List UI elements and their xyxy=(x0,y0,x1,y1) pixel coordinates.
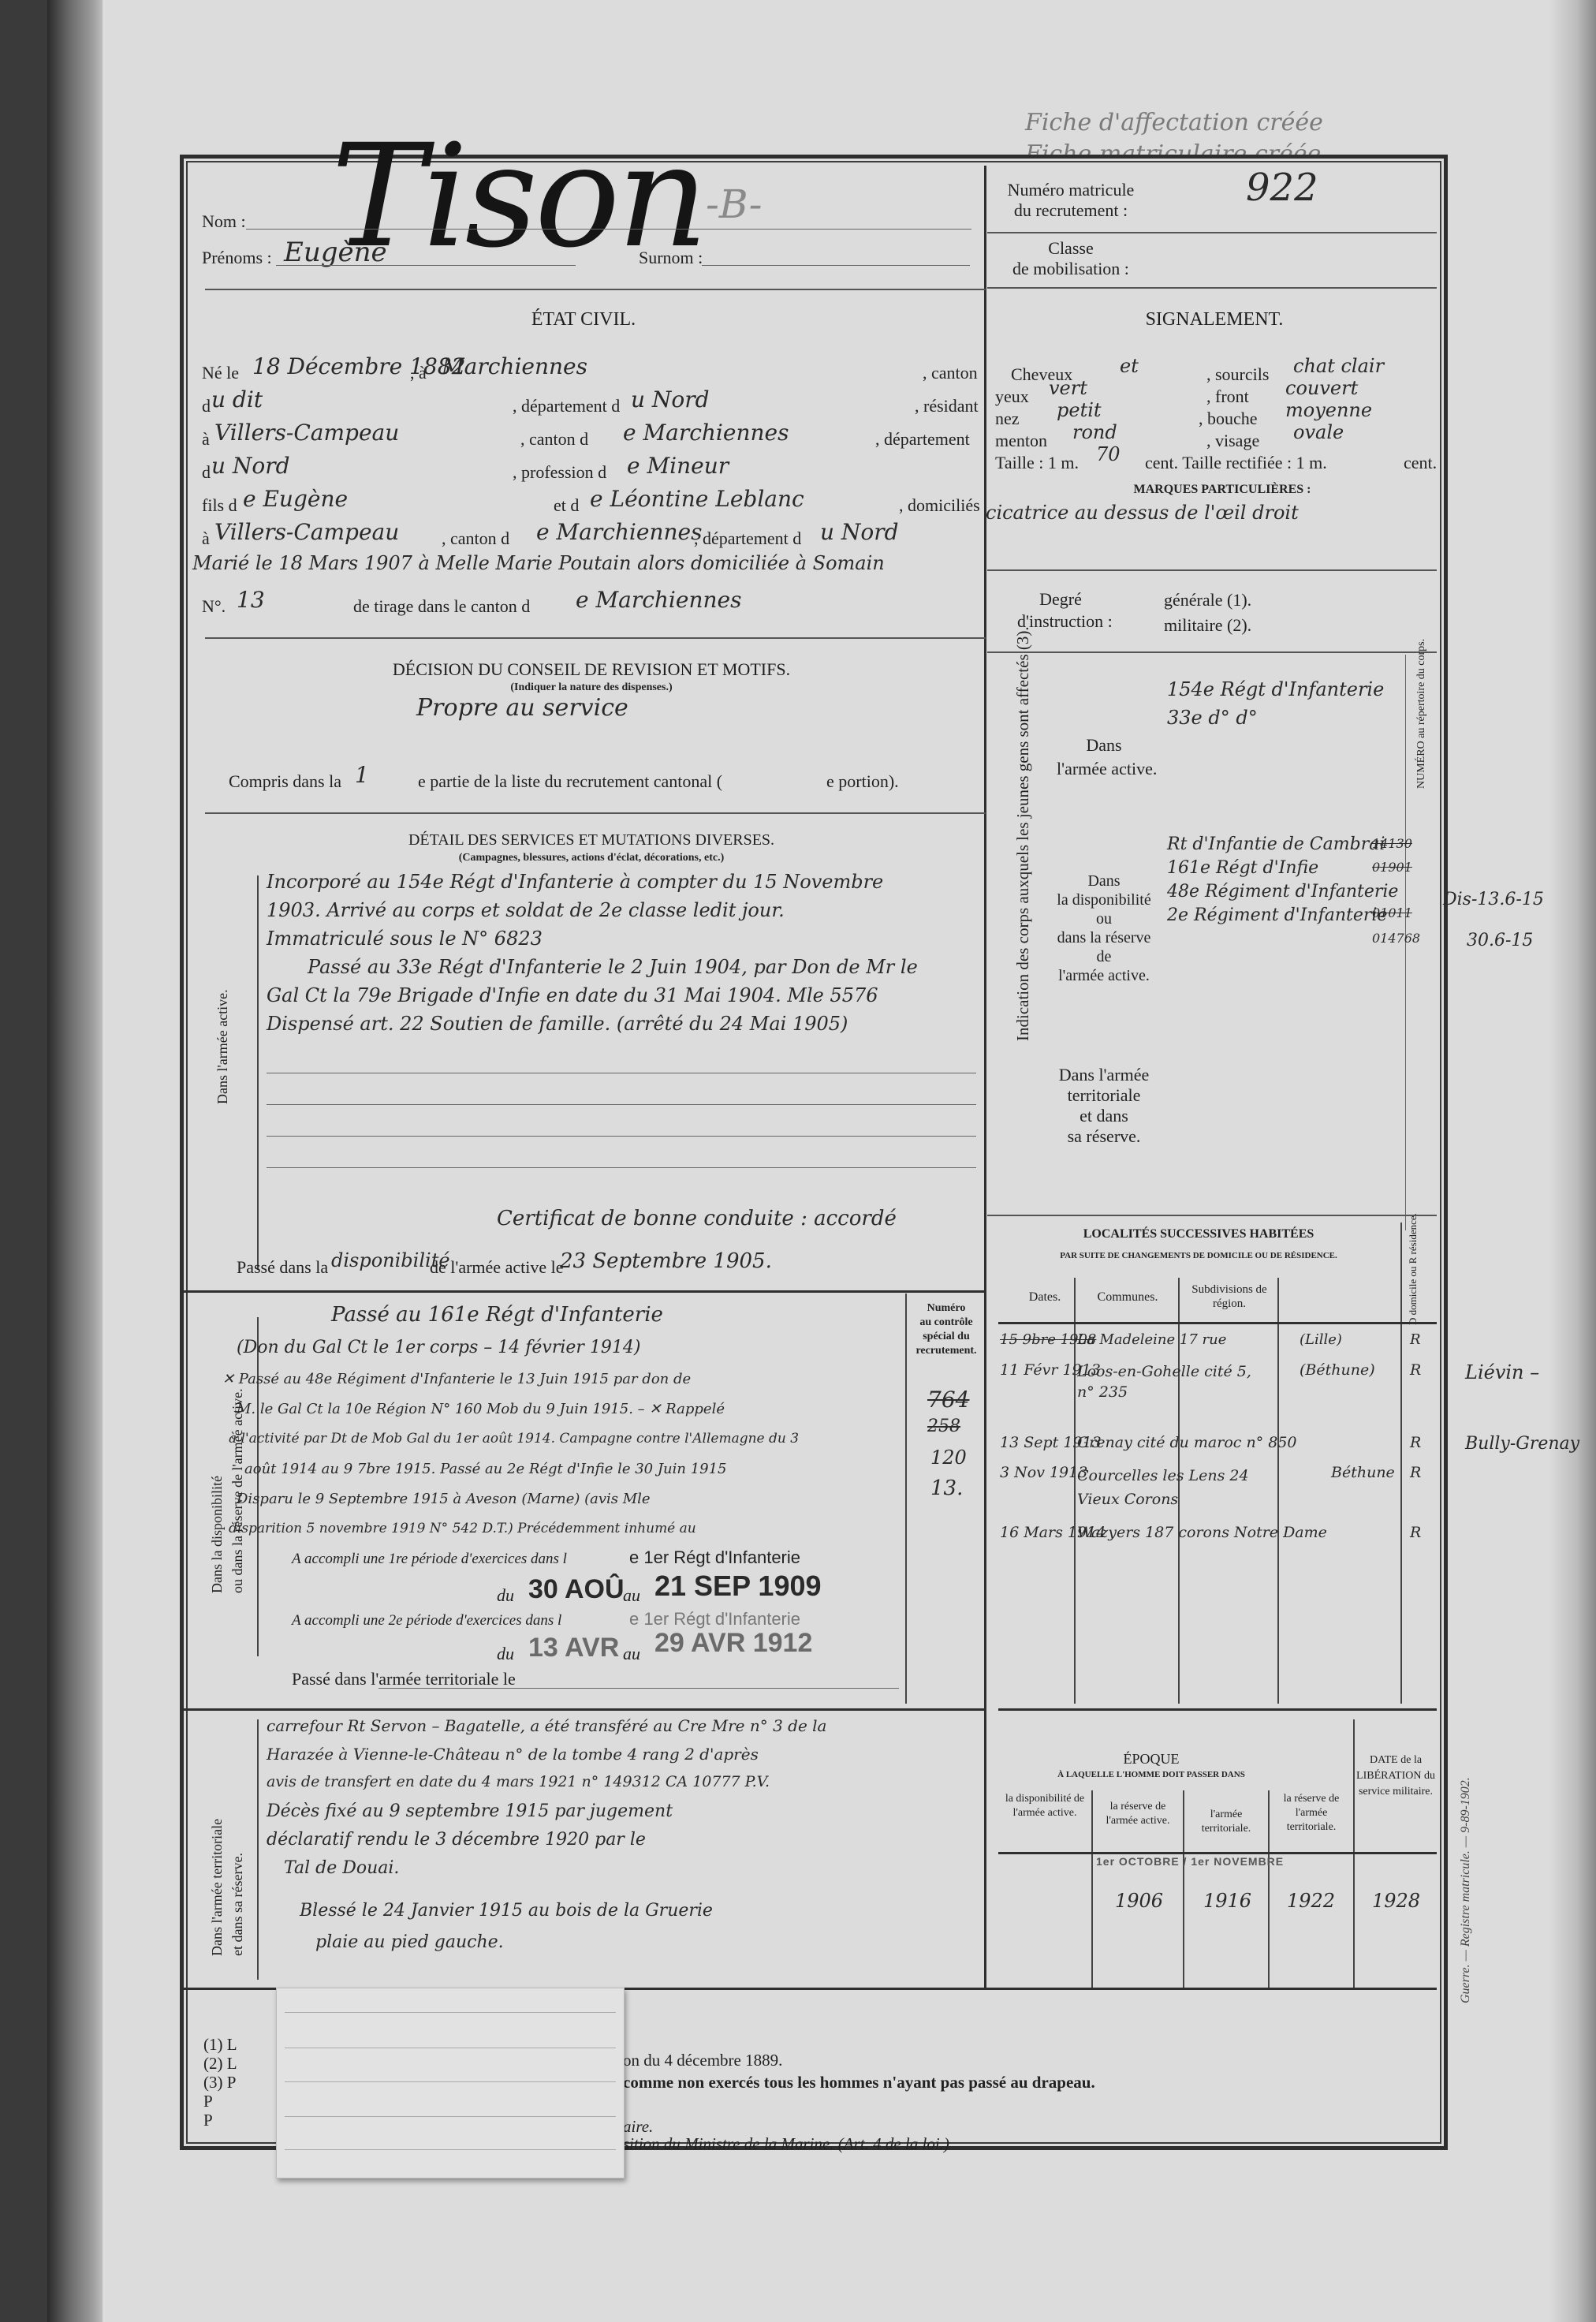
service-line: Immatriculé sous le N° 6823 xyxy=(267,928,543,950)
epoque-value-reserve-active: 1906 xyxy=(1115,1890,1163,1912)
corps-dispo-label-line: ou xyxy=(1041,909,1167,928)
periode1-unit: e 1er Régt d'Infanterie xyxy=(629,1547,800,1568)
d-label: d xyxy=(202,396,211,416)
paper-patch xyxy=(276,1988,625,2178)
services-heading: DÉTAIL DES SERVICES ET MUTATIONS DIVERSE… xyxy=(347,831,836,849)
corps-territoriale-label-line: et dans xyxy=(1041,1106,1167,1126)
classe-label-1: Classe xyxy=(1000,238,1142,259)
epoque-col-disponibilite: la disponibilité de l'armée active. xyxy=(1000,1792,1090,1820)
departement-label: , département d xyxy=(513,396,620,416)
localite-commune: Wazyers 187 corons Notre Dame xyxy=(1077,1524,1327,1541)
passe-territoriale-label: Passé dans l'armée territoriale le xyxy=(292,1669,516,1689)
canton3-label: , canton d xyxy=(442,528,509,549)
divider xyxy=(987,287,1437,289)
periode2-to-stamp: 29 AVR 1912 xyxy=(654,1628,812,1659)
footnote-marker: (1) L xyxy=(203,2035,237,2054)
divider xyxy=(1183,1790,1184,1988)
periode2-label: A accompli une 2e période d'exercices da… xyxy=(292,1612,561,1630)
periode1-to-stamp: 21 SEP 1909 xyxy=(654,1570,822,1603)
stamp-line-affectation: Fiche d'affectation créée xyxy=(1025,107,1323,139)
divider xyxy=(987,232,1437,233)
localites-col-dates: Dates. xyxy=(1017,1290,1072,1305)
residence-value: Villers-Campeau xyxy=(214,420,399,446)
localite-subdivision: (Béthune) xyxy=(1300,1361,1375,1379)
epoque-value-territoriale: 1916 xyxy=(1203,1890,1251,1912)
marriage-note: Marié le 18 Mars 1907 à Melle Marie Pout… xyxy=(192,552,885,574)
territoriale-line: avis de transfert en date du 4 mars 1921… xyxy=(267,1773,770,1790)
localite-row-1: 11 Févr 1913 Loos-en-Gohelle cité 5, n° … xyxy=(1000,1361,1101,1379)
localite-subdivision: Béthune xyxy=(1331,1464,1395,1481)
territoriale-side-label: Dans l'armée territoriale et dans sa rés… xyxy=(207,1819,248,1956)
divider xyxy=(987,569,1437,571)
instruction-label-1: Degré xyxy=(1017,588,1104,610)
territoriale-line: Tal de Douai. xyxy=(284,1858,399,1878)
reserve-line: Passé au 161e Régt d'Infanterie xyxy=(331,1303,663,1327)
mother-name: e Léontine Leblanc xyxy=(590,486,804,512)
periode1-du-label: du xyxy=(497,1585,514,1606)
departement2-value: u Nord xyxy=(211,453,290,479)
patch-line xyxy=(285,2012,616,2013)
reserve-line: à l'activité par Dt de Mob Gal du 1er ao… xyxy=(229,1431,799,1447)
divider xyxy=(183,1290,986,1293)
father-name: e Eugène xyxy=(243,486,348,512)
prenoms-underline xyxy=(276,265,576,266)
fils-de-label: fils d xyxy=(202,495,237,516)
book-page-edges xyxy=(47,0,103,2322)
divider xyxy=(987,1215,1437,1216)
matricule-label-2: du recrutement : xyxy=(1000,200,1142,221)
localite-commune: Grenay cité du maroc n° 850 xyxy=(1077,1434,1297,1451)
services-active-side-label: Dans l'armée active. xyxy=(214,989,231,1104)
divider xyxy=(257,1719,259,1980)
domicilies-label: , domiciliés xyxy=(899,495,980,516)
divider xyxy=(1268,1790,1270,1988)
footnote-markers: (1) L (2) L (3) P P P xyxy=(203,2035,237,2130)
localite-row-2: 13 Sept 1913 Grenay cité du maroc n° 850… xyxy=(1000,1434,1102,1451)
taille-rect-cent-label: cent. xyxy=(1404,453,1437,473)
localite-row-3: 3 Nov 1913 Courcelles les Lens 24 Vieux … xyxy=(1000,1464,1087,1481)
du-label: d xyxy=(202,462,211,483)
divider xyxy=(205,289,986,290)
a2-label: à xyxy=(202,429,210,450)
epoque-col-reserve-territoriale: la réserve de l'armée territoriale. xyxy=(1271,1792,1352,1835)
nez-label: nez xyxy=(995,409,1020,429)
reserve-number: 120 xyxy=(930,1447,967,1469)
instruction-generale: générale (1). xyxy=(1164,590,1251,610)
localites-col-dr: D domicile ou R résidence. xyxy=(1407,1213,1419,1325)
matricule-label-1: Numéro matricule xyxy=(1000,180,1142,200)
residant-label: , résidant xyxy=(915,396,979,416)
service-line: Dispensé art. 22 Soutien de famille. (ar… xyxy=(267,1013,848,1035)
localite-dr: R xyxy=(1410,1434,1421,1451)
divider xyxy=(205,812,986,814)
reserve-numero-header-line: Numéro xyxy=(908,1301,984,1316)
matricule-value: 922 xyxy=(1246,166,1318,210)
service-line: Incorporé au 154e Régt d'Infanterie à co… xyxy=(267,871,883,893)
surname-suffix: -B- xyxy=(706,181,762,227)
passe-dispo-date: 23 Septembre 1905. xyxy=(560,1249,772,1273)
corps-dispo-entry: 48e Régiment d'Infanterie xyxy=(1167,882,1398,902)
territoriale-line: Harazée à Vienne-le-Château n° de la tom… xyxy=(267,1745,759,1764)
service-line: 1903. Arrivé au corps et soldat de 2e cl… xyxy=(267,899,785,921)
decision-value: Propre au service xyxy=(416,694,628,722)
patch-line xyxy=(285,2048,616,2048)
yeux-label: yeux xyxy=(995,386,1029,407)
footnote-line: comme non exercés tous les hommes n'ayan… xyxy=(623,2073,1095,2092)
taille-value: 70 xyxy=(1096,443,1121,465)
surname-title: Tison xyxy=(331,126,705,268)
corps-dispo-number: 01011 xyxy=(1372,905,1412,920)
menton-label: menton xyxy=(995,431,1047,451)
corps-side-note: 30.6-15 xyxy=(1467,931,1533,950)
footnote-marker: (3) P xyxy=(203,2073,237,2092)
reserve-numero-header-line: recrutement. xyxy=(908,1344,984,1358)
portion-suffix: e portion). xyxy=(826,771,899,792)
territoriale-line: Blessé le 24 Janvier 1915 au bois de la … xyxy=(300,1901,713,1921)
classe-label: Classe de mobilisation : xyxy=(1000,238,1142,279)
localite-dr: R xyxy=(1410,1464,1421,1481)
corps-dispo-label-line: de xyxy=(1041,947,1167,966)
localite-commune: Loos-en-Gohelle cité 5, n° 235 xyxy=(1077,1361,1266,1402)
service-underline xyxy=(267,1073,976,1073)
reserve-numero-header-line: au contrôle xyxy=(908,1316,984,1330)
corps-territoriale-label-line: territoriale xyxy=(1041,1085,1167,1106)
territoriale-side-label-2: et dans sa réserve. xyxy=(227,1819,248,1956)
compris-value: 1 xyxy=(355,762,369,788)
compris-label: Compris dans la xyxy=(229,771,341,792)
divider xyxy=(1091,1790,1093,1988)
corps-dispo-entry: 161e Régt d'Infie xyxy=(1167,858,1318,878)
reserve-number: 764 xyxy=(927,1387,969,1413)
corps-territoriale-label-line: sa réserve. xyxy=(1041,1126,1167,1147)
divider xyxy=(257,875,259,1270)
reserve-number: 258 xyxy=(927,1417,960,1436)
territoriale-line: Décès fixé au 9 septembre 1915 par jugem… xyxy=(267,1801,673,1821)
decision-subheading: (Indiquer la nature des dispenses.) xyxy=(442,681,741,694)
no-label: N°. xyxy=(202,596,226,617)
corps-active-entry: 33e d° d° xyxy=(1167,707,1258,729)
services-subheading: (Campagnes, blessures, actions d'éclat, … xyxy=(394,852,789,864)
epoque-subheading: À LAQUELLE L'HOMME DOIT PASSER DANS xyxy=(1017,1770,1285,1779)
corps-active-entry: 154e Régt d'Infanterie xyxy=(1167,678,1384,700)
date-liberation-heading: DATE de la LIBÉRATION du service militai… xyxy=(1356,1753,1435,1800)
periode1-from-stamp: 30 AOÛ xyxy=(528,1574,625,1605)
passe-dispo-label: Passé dans la xyxy=(237,1257,328,1278)
canton-label: , canton xyxy=(923,363,978,383)
certificat-note: Certificat de bonne conduite : accordé xyxy=(497,1207,897,1230)
canton-de-label: , canton d xyxy=(520,429,588,450)
sourcils-label: , sourcils xyxy=(1206,364,1269,385)
localite-row-0: 15 9bre 1908 La Madeleine 17 rue (Lille)… xyxy=(1000,1331,1096,1348)
canton-value: u dit xyxy=(211,386,263,413)
surnom-label: Surnom : xyxy=(639,248,703,268)
birth-place: Marchiennes xyxy=(442,353,587,379)
periode2-du-label: du xyxy=(497,1644,514,1664)
patch-line xyxy=(285,2149,616,2150)
canton-de-value: e Marchiennes xyxy=(623,420,789,446)
tirage-label: de tirage dans le canton d xyxy=(353,596,530,617)
epoque-col-territoriale: l'armée territoriale. xyxy=(1186,1808,1266,1836)
divider xyxy=(905,1294,907,1704)
ne-le-label: Né le xyxy=(202,363,239,383)
corps-dispo-label-line: Dans xyxy=(1041,872,1167,890)
tirage-canton: e Marchiennes xyxy=(576,587,741,613)
footnote-line: on du 4 décembre 1889. xyxy=(623,2051,782,2070)
corps-territoriale-label-line: Dans l'armée xyxy=(1041,1065,1167,1085)
corps-dispo-number: 014768 xyxy=(1372,931,1420,946)
profession-value: e Mineur xyxy=(627,453,729,479)
periode2-from-stamp: 13 AVR xyxy=(528,1633,619,1663)
front-value: couvert xyxy=(1285,377,1358,399)
reserve-numero-header-line: spécial du xyxy=(908,1330,984,1344)
cheveux-value: et xyxy=(1120,355,1139,377)
canton3-value: e Marchiennes xyxy=(536,519,702,545)
margin-imprint: Guerre. — Registre matricule. — 9-89-190… xyxy=(1459,1777,1473,2003)
footnote-line: sition du Ministre de la Marine. (Art. 4… xyxy=(623,2134,949,2154)
localites-subheading: PAR SUITE DE CHANGEMENTS DE DOMICILE OU … xyxy=(1017,1251,1380,1260)
epoque-col-reserve-active: la réserve de l'armée active. xyxy=(1094,1800,1181,1828)
corps-active-label-1: Dans xyxy=(1057,734,1151,757)
divider xyxy=(205,637,986,639)
departement3-value: u Nord xyxy=(820,519,899,545)
divider xyxy=(1400,1223,1402,1704)
service-underline xyxy=(267,1136,976,1137)
divider xyxy=(987,651,1437,653)
territoriale-side-label-1: Dans l'armée territoriale xyxy=(207,1819,227,1956)
territoriale-line: carrefour Rt Servon – Bagatelle, a été t… xyxy=(267,1716,826,1735)
reserve-line: août 1914 au 9 7bre 1915. Passé au 2e Ré… xyxy=(244,1461,727,1477)
footnote-marker: P xyxy=(203,2111,237,2130)
localite-dr: R xyxy=(1410,1331,1421,1348)
birth-date: 18 Décembre 1882 xyxy=(252,353,465,379)
localite-subdivision: (Lille) xyxy=(1300,1331,1342,1348)
periode2-unit: e 1er Régt d'Infanterie xyxy=(629,1609,800,1630)
localites-col-subdivisions: Subdivisions de région. xyxy=(1183,1282,1276,1311)
epoque-value-liberation: 1928 xyxy=(1372,1890,1420,1912)
taille-cent-label: cent. Taille rectifiée : 1 m. xyxy=(1145,453,1327,473)
footnote-marker: P xyxy=(203,2092,237,2111)
tirage-number: 13 xyxy=(237,587,265,613)
corps-dispo-entry: 2e Régiment d'Infanterie xyxy=(1167,905,1387,925)
et-de-label: et d xyxy=(554,495,579,516)
service-line: Gal Ct la 79e Brigade d'Infie en date du… xyxy=(267,984,878,1006)
service-underline xyxy=(267,1167,976,1168)
sourcils-value: chat clair xyxy=(1293,355,1384,377)
reserve-side-label-1: Dans la disponibilité xyxy=(207,1388,227,1593)
territoriale-line: déclaratif rendu le 3 décembre 1920 par … xyxy=(267,1830,646,1850)
marques-heading: MARQUES PARTICULIÈRES : xyxy=(1120,483,1325,497)
front-label: , front xyxy=(1206,386,1249,407)
departement3-label: , département d xyxy=(694,528,801,549)
divider xyxy=(183,1708,986,1711)
prenoms-label: Prénoms : xyxy=(202,248,272,268)
corps-dispo-label-line: l'armée active. xyxy=(1041,966,1167,985)
periode1-au-label: au xyxy=(623,1585,640,1606)
localite-row-4: 16 Mars 1914 Wazyers 187 corons Notre Da… xyxy=(1000,1524,1106,1541)
localite-commune: La Madeleine 17 rue xyxy=(1077,1331,1226,1348)
menton-value: rond xyxy=(1072,421,1117,443)
taille-label: Taille : 1 m. xyxy=(995,453,1079,473)
localite-dr: R xyxy=(1410,1361,1421,1379)
a3-label: à xyxy=(202,528,210,549)
a-label: , à xyxy=(410,363,427,383)
marques-value: cicatrice au dessus de l'œil droit xyxy=(986,502,1299,524)
divider xyxy=(257,1317,259,1656)
epoque-value-reserve-territoriale: 1922 xyxy=(1287,1890,1335,1912)
corps-side-note: Dis-13.6-15 xyxy=(1443,890,1544,909)
divider xyxy=(998,1708,1437,1711)
epoque-date-stamp: 1er OCTOBRE / 1er NOVEMBRE xyxy=(1096,1855,1435,1868)
corps-active-label: Dans l'armée active. xyxy=(1057,734,1151,781)
reserve-numero-header: Numéro au contrôle spécial du recrutemen… xyxy=(908,1301,984,1358)
corps-dispo-label-line: dans la réserve xyxy=(1041,928,1167,947)
service-line: Passé au 33e Régt d'Infanterie le 2 Juin… xyxy=(308,956,918,978)
profession-label: , profession d xyxy=(513,462,606,483)
decision-heading: DÉCISION DU CONSEIL DE REVISION ET MOTIF… xyxy=(339,659,844,680)
nom-label: Nom : xyxy=(202,211,246,232)
reserve-line: M. le Gal Ct la 10e Région N° 160 Mob du… xyxy=(237,1401,725,1417)
signalement-heading: SIGNALEMENT. xyxy=(1135,309,1293,330)
divider xyxy=(998,1322,1437,1324)
surnom-underline xyxy=(702,265,970,266)
parents-residence: Villers-Campeau xyxy=(214,519,399,545)
corps-dispo-entry: Rt d'Infantie de Cambrai xyxy=(1167,834,1385,854)
bouche-label: , bouche xyxy=(1199,409,1258,429)
compris-suffix: e partie de la liste du recrutement cant… xyxy=(418,771,722,792)
passe-dispo-mid: de l'armée active le xyxy=(430,1257,563,1278)
localite-note: Liévin – xyxy=(1465,1361,1539,1383)
nom-underline xyxy=(246,229,971,230)
matricule-label: Numéro matricule du recrutement : xyxy=(1000,180,1142,221)
bouche-value: moyenne xyxy=(1285,399,1372,421)
corps-dispo-label: Dans la disponibilité ou dans la réserve… xyxy=(1041,872,1167,985)
corps-territoriale-label: Dans l'armée territoriale et dans sa rés… xyxy=(1041,1065,1167,1147)
localites-col-communes: Communes. xyxy=(1080,1290,1175,1305)
reserve-number: 13. xyxy=(930,1476,963,1500)
patch-line xyxy=(285,2116,616,2117)
localite-note: Bully-Grenay xyxy=(1465,1434,1579,1454)
corps-dispo-number: 01901 xyxy=(1372,860,1412,875)
localite-date: 3 Nov 1913 xyxy=(1000,1464,1087,1481)
localite-commune: Courcelles les Lens 24 Vieux Corons xyxy=(1077,1464,1282,1511)
divider xyxy=(998,1852,1437,1854)
reserve-line: Disparu le 9 Septembre 1915 à Aveson (Ma… xyxy=(237,1491,651,1507)
patch-line xyxy=(285,2081,616,2082)
reserve-line: (Don du Gal Ct le 1er corps – 14 février… xyxy=(237,1338,641,1357)
corps-vertical-label: Indication des corps auxquels les jeunes… xyxy=(1013,626,1033,1041)
reserve-line: disparition 5 novembre 1919 N° 542 D.T.)… xyxy=(229,1521,696,1536)
periode1-label: A accompli une 1re période d'exercices d… xyxy=(292,1551,567,1568)
instruction-militaire: militaire (2). xyxy=(1164,615,1251,636)
epoque-heading: ÉPOQUE xyxy=(1025,1751,1277,1768)
book-spine-shadow xyxy=(1549,0,1596,2322)
departement-value: u Nord xyxy=(631,386,710,413)
prenoms-value: Eugène xyxy=(284,237,387,268)
territoriale-line: plaie au pied gauche. xyxy=(315,1932,504,1952)
localites-heading: LOCALITÉS SUCCESSIVES HABITÉES xyxy=(1025,1227,1372,1241)
localite-dr: R xyxy=(1410,1524,1421,1541)
classe-label-2: de mobilisation : xyxy=(1000,259,1142,279)
service-underline xyxy=(267,1104,976,1105)
visage-label: , visage xyxy=(1206,431,1259,451)
corps-numero-label: NUMÉRO au répertoire du corps. xyxy=(1415,639,1428,789)
visage-value: ovale xyxy=(1293,421,1344,443)
nez-value: petit xyxy=(1057,399,1102,421)
corps-active-label-2: l'armée active. xyxy=(1057,757,1151,781)
reserve-line: ✕ Passé au 48e Régiment d'Infanterie le … xyxy=(222,1371,691,1387)
corps-dispo-number: 14130 xyxy=(1372,836,1412,851)
footnote-marker: (2) L xyxy=(203,2054,237,2073)
departement2-label: , département xyxy=(875,429,970,450)
territoriale-underline xyxy=(378,1688,899,1689)
periode2-au-label: au xyxy=(623,1644,640,1664)
column-divider xyxy=(984,166,986,1988)
corps-dispo-label-line: la disponibilité xyxy=(1041,890,1167,909)
etat-civil-heading: ÉTAT CIVIL. xyxy=(505,309,662,330)
yeux-value: vert xyxy=(1049,377,1087,399)
